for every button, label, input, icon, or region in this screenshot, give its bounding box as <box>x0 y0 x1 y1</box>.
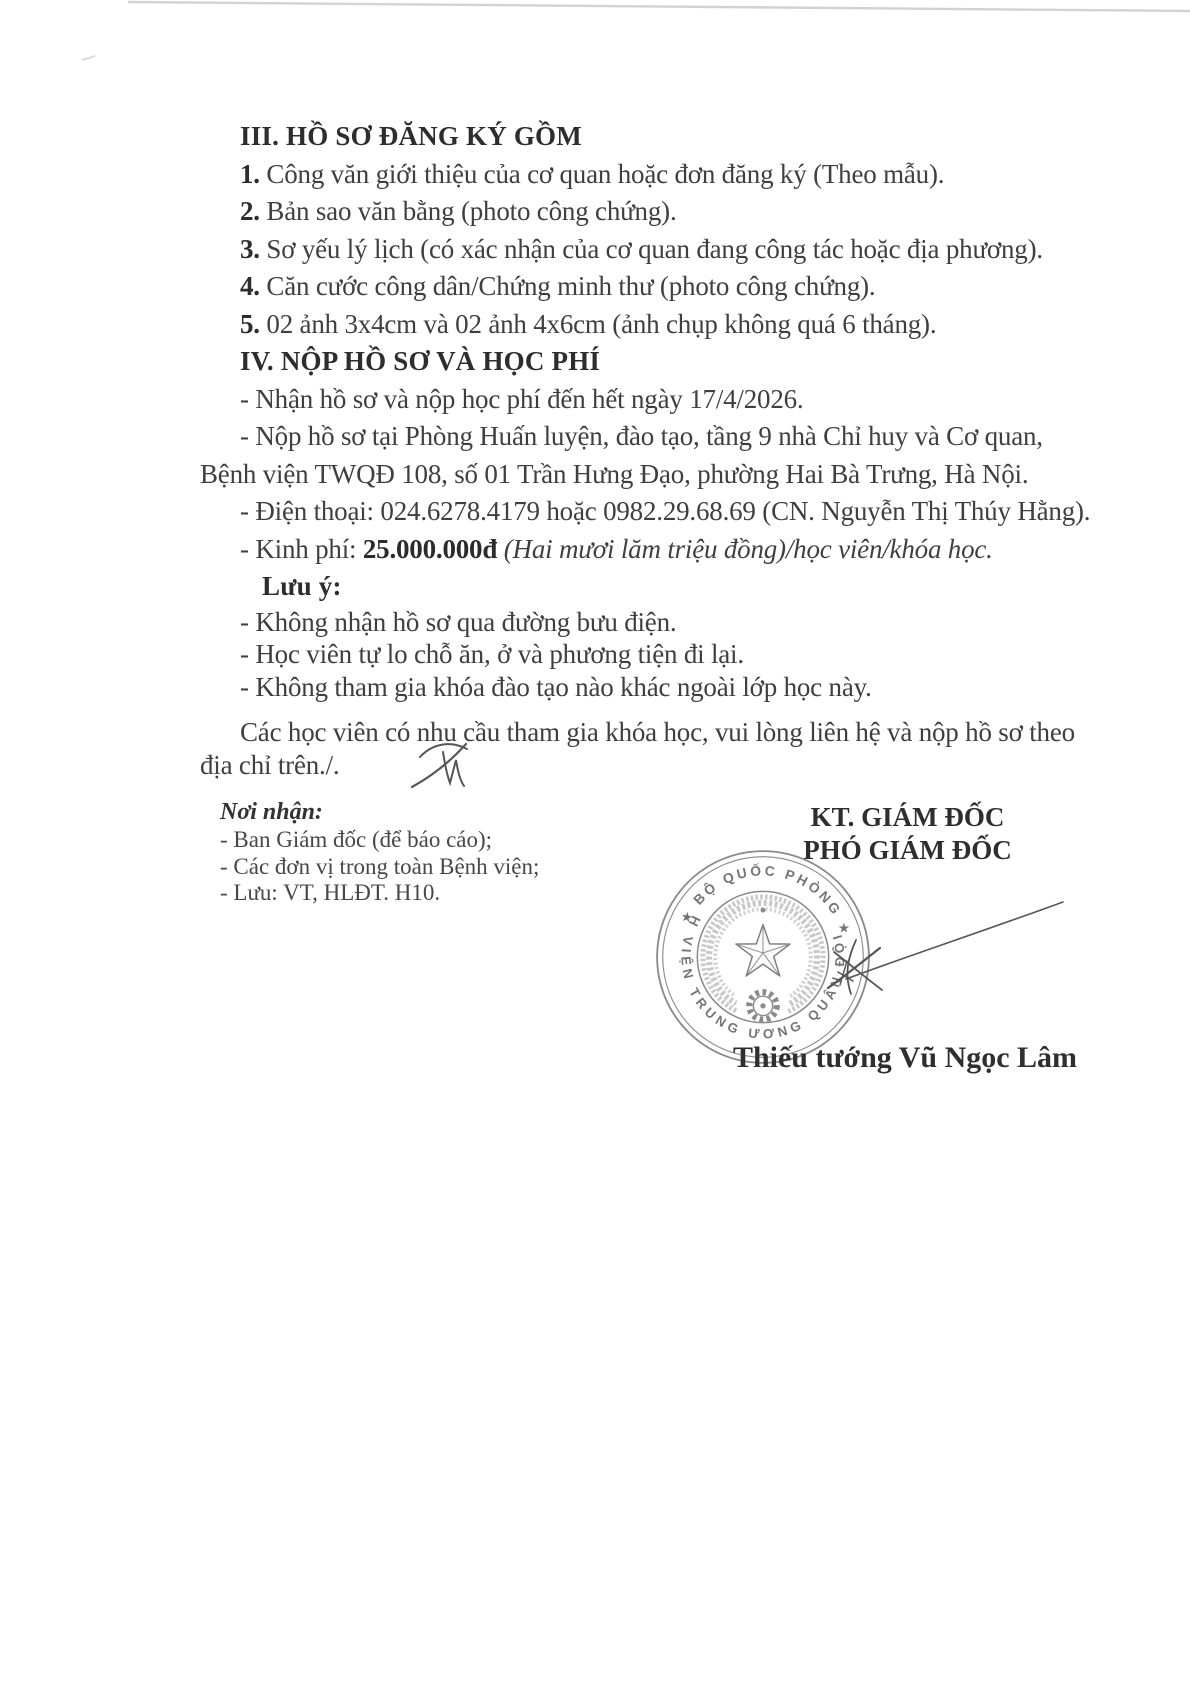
closing-line-1: Các học viên có nhu cầu tham gia khóa họ… <box>200 716 1100 749</box>
star-icon <box>736 908 790 976</box>
submit-address-line-2: Bệnh viện TWQĐ 108, số 01 Trần Hưng Đạo,… <box>200 456 1100 494</box>
item-text: 02 ảnh 3x4cm và 02 ảnh 4x6cm (ảnh chụp k… <box>260 309 937 339</box>
section-3-item-1: 1. Công văn giới thiệu của cơ quan hoặc … <box>200 156 1100 194</box>
scan-artifact-smudge <box>82 56 95 60</box>
deadline-line: - Nhận hồ sơ và nộp học phí đến hết ngày… <box>200 381 1100 419</box>
closing-paragraph: Các học viên có nhu cầu tham gia khóa họ… <box>200 716 1100 781</box>
section-3-item-5: 5. 02 ảnh 3x4cm và 02 ảnh 4x6cm (ảnh chụ… <box>200 306 1100 344</box>
gear-icon <box>749 992 776 1019</box>
fee-note: (Hai mươi lăm triệu đồng)/học viên/khóa … <box>497 534 993 564</box>
item-text: Công văn giới thiệu của cơ quan hoặc đơn… <box>260 159 944 189</box>
section-3-heading: III. HỒ SƠ ĐĂNG KÝ GỒM <box>200 118 1100 156</box>
recipient-item-1: - Ban Giám đốc (để báo cáo); <box>220 827 539 854</box>
note-3: - Không tham gia khóa đào tạo nào khác n… <box>200 671 1100 704</box>
section-3-item-2: 2. Bản sao văn bằng (photo công chứng). <box>200 193 1100 231</box>
section-3-item-3: 3. Sơ yếu lý lịch (có xác nhận của cơ qu… <box>200 231 1100 269</box>
official-round-stamp: ★ BỘ QUỐC PHÒNG ★ BỆNH VIỆN TRUNG ƯƠNG Q… <box>651 845 875 1069</box>
signer-name: Thiếu tướng Vũ Ngọc Lâm <box>690 1040 1120 1076</box>
scanned-document-page: III. HỒ SƠ ĐĂNG KÝ GỒM 1. Công văn giới … <box>0 0 1190 1683</box>
recipients-label: Nơi nhận: <box>220 798 539 827</box>
phone-line: - Điện thoại: 024.6278.4179 hoặc 0982.29… <box>200 493 1100 531</box>
recipients-block: Nơi nhận: - Ban Giám đốc (để báo cáo); -… <box>220 798 539 907</box>
item-number: 5. <box>240 309 260 339</box>
stamp-dot <box>761 908 766 913</box>
submit-address-line-1: - Nộp hồ sơ tại Phòng Huấn luyện, đào tạ… <box>200 418 1100 456</box>
item-number: 3. <box>240 234 260 264</box>
note-2: - Học viên tự lo chỗ ăn, ở và phương tiệ… <box>200 638 1100 671</box>
recipient-item-2: - Các đơn vị trong toàn Bệnh viện; <box>220 854 539 881</box>
section-4-heading: IV. NỘP HỒ SƠ VÀ HỌC PHÍ <box>200 343 1100 381</box>
item-text: Bản sao văn bằng (photo công chứng). <box>260 196 677 226</box>
item-text: Sơ yếu lý lịch (có xác nhận của cơ quan … <box>260 234 1043 264</box>
fee-amount: 25.000.000đ <box>363 534 497 564</box>
item-number: 1. <box>240 159 260 189</box>
note-1: - Không nhận hồ sơ qua đường bưu điện. <box>200 606 1100 639</box>
closing-line-2: địa chỉ trên./. <box>200 749 1100 782</box>
notes-heading: Lưu ý: <box>200 568 1100 606</box>
fee-prefix: - Kinh phí: <box>240 534 363 564</box>
item-number: 4. <box>240 271 260 301</box>
recipient-item-3: - Lưu: VT, HLĐT. H10. <box>220 880 539 907</box>
document-body: III. HỒ SƠ ĐĂNG KÝ GỒM 1. Công văn giới … <box>200 118 1100 781</box>
item-number: 2. <box>240 196 260 226</box>
signature-title-line-1: KT. GIÁM ĐỐC <box>765 801 1050 834</box>
item-text: Căn cước công dân/Chứng minh thư (photo … <box>260 271 876 301</box>
scan-artifact-top-line <box>128 2 1190 11</box>
section-3-item-4: 4. Căn cước công dân/Chứng minh thư (pho… <box>200 268 1100 306</box>
fee-line: - Kinh phí: 25.000.000đ (Hai mươi lăm tr… <box>200 531 1100 569</box>
